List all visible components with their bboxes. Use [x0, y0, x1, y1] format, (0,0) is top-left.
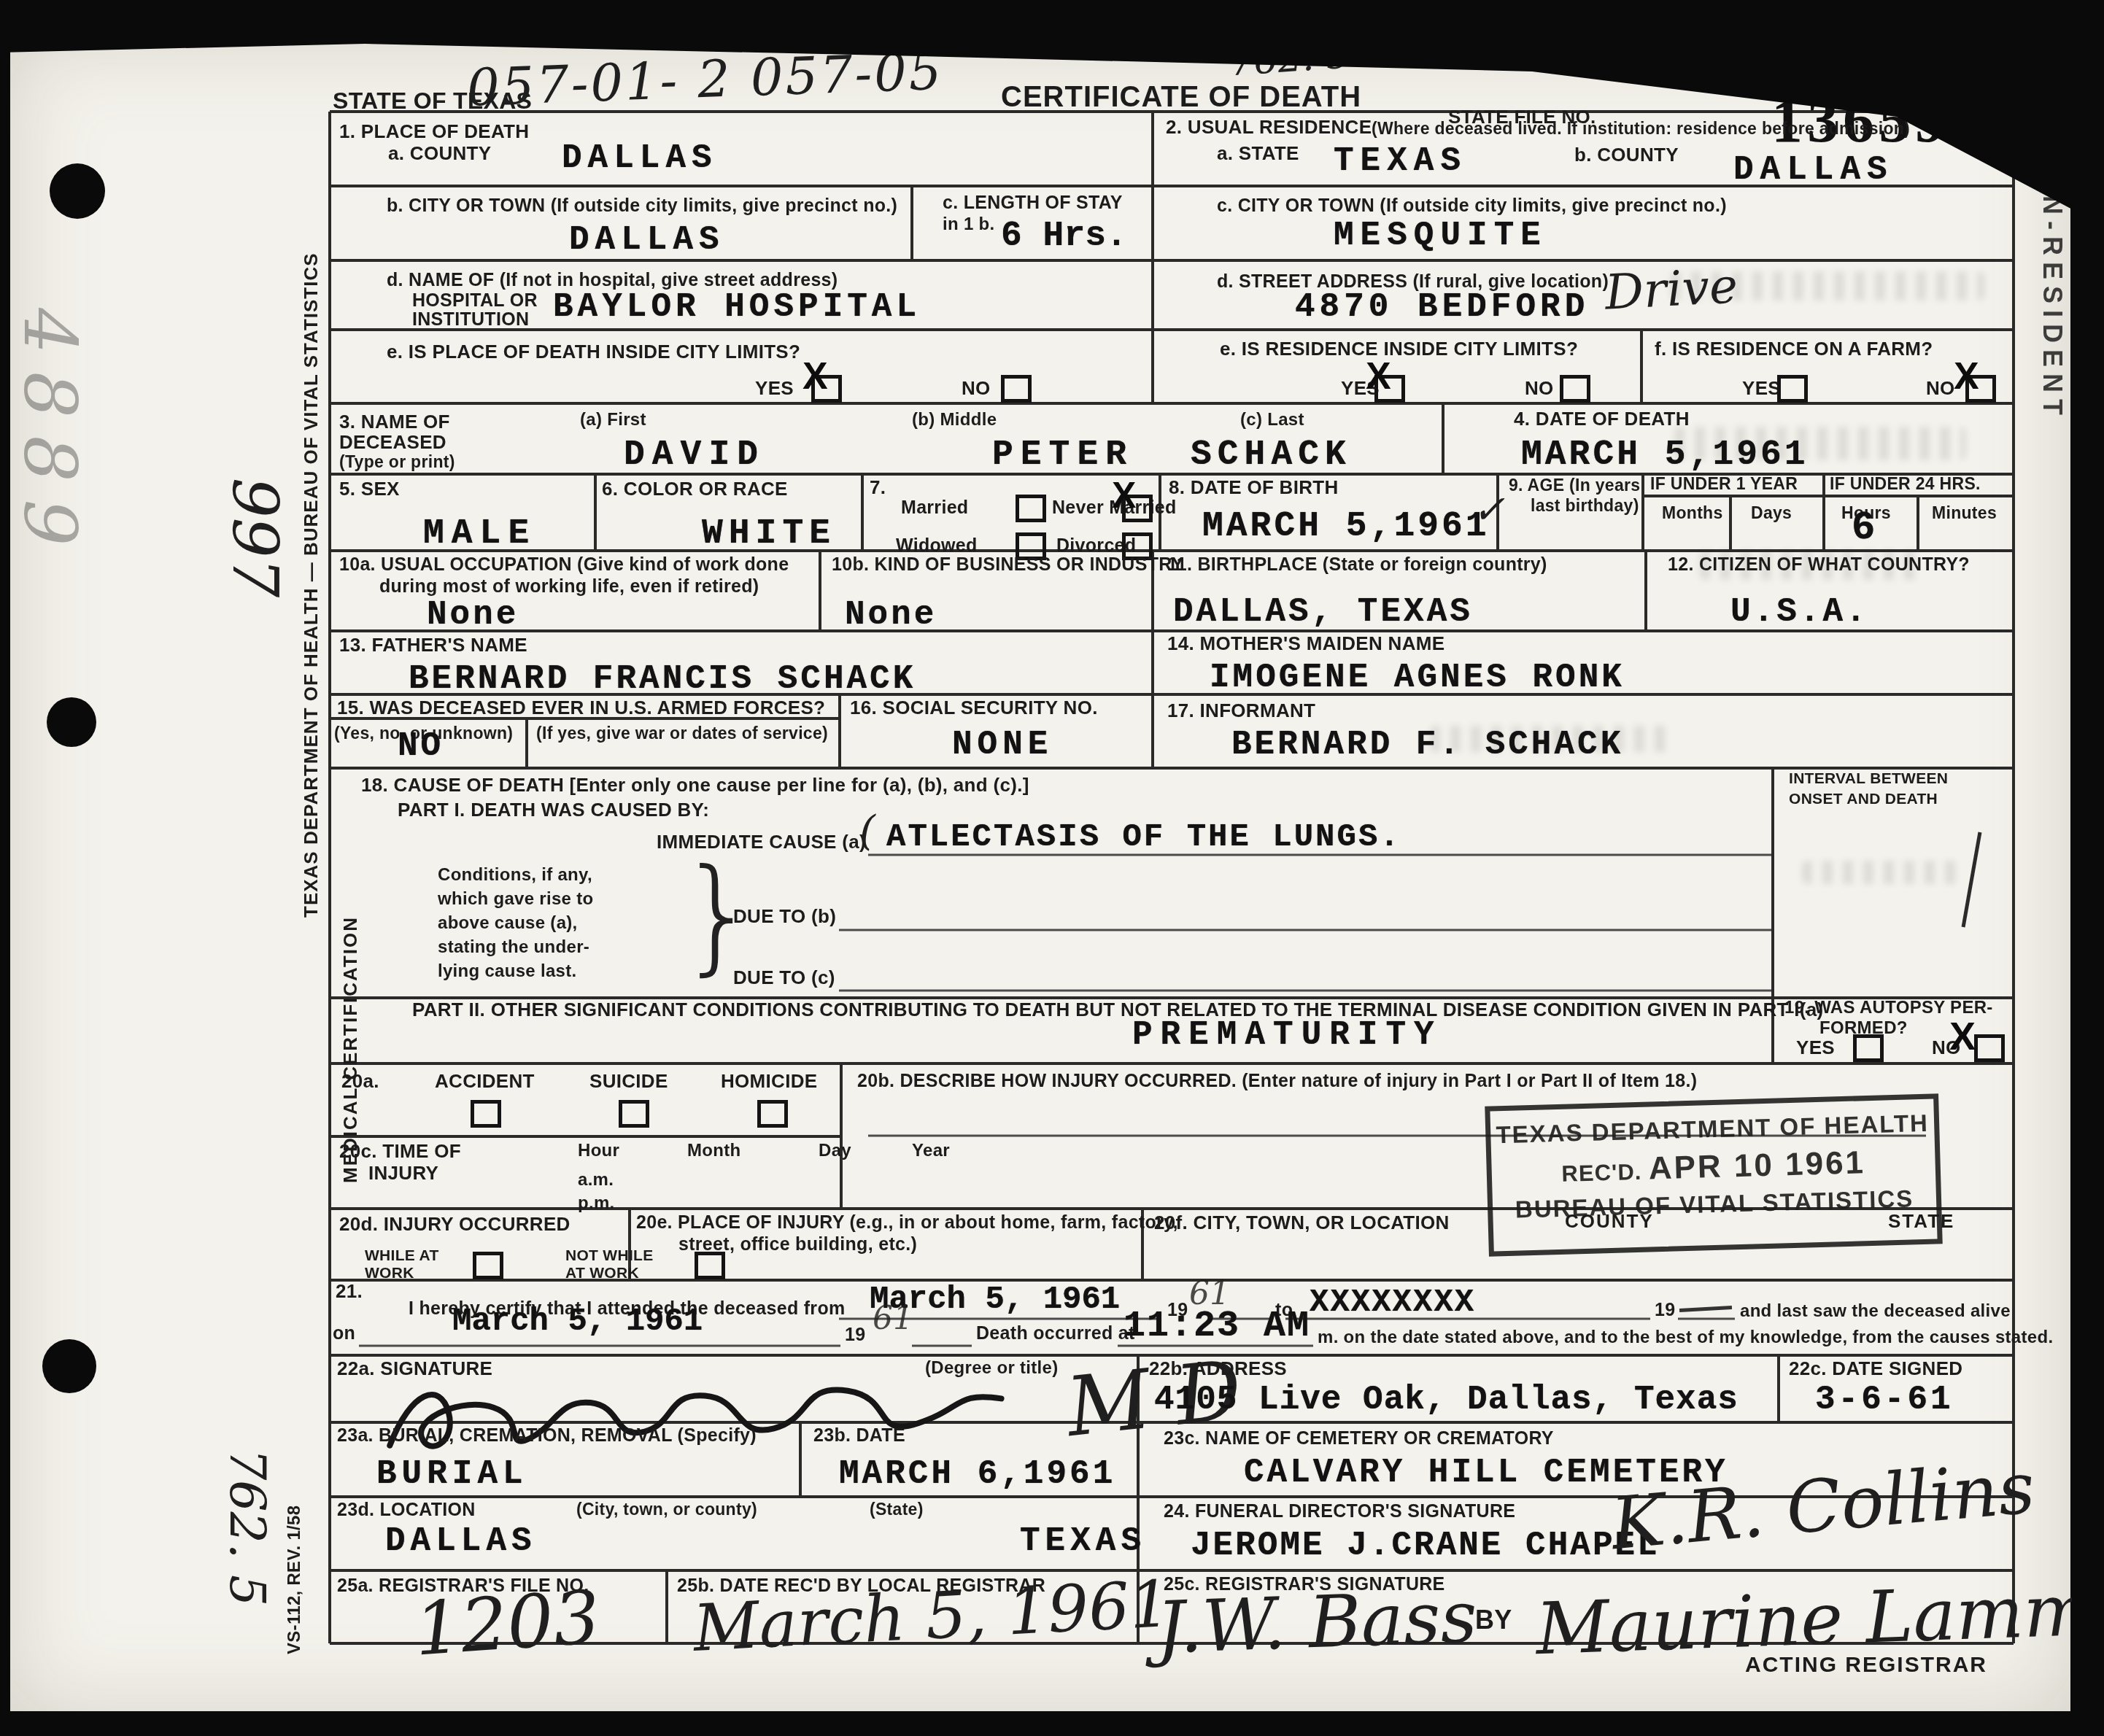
- registrar-file-no-value: 1203: [412, 1581, 603, 1667]
- first-name-value: DAVID: [624, 438, 765, 473]
- informant-label: 17. INFORMANT: [1167, 700, 1315, 722]
- year-label: Year: [912, 1141, 950, 1161]
- handwritten-997: 997: [223, 478, 286, 597]
- punch-hole: [42, 1339, 96, 1393]
- color-or-race-label: 6. COLOR OR RACE: [602, 478, 788, 500]
- part2-value: PREMATURITY: [1132, 1018, 1442, 1052]
- handwritten-762-5: 762. 5: [222, 1449, 271, 1606]
- date-of-death-value: MARCH 5,1961: [1521, 438, 1809, 473]
- armed-forces-sublabel-2: (If yes, give war or dates of service): [536, 724, 828, 743]
- widowed-label: Widowed: [896, 535, 978, 557]
- 20f-label: 20f. CITY, TOWN, OR LOCATION: [1154, 1212, 1450, 1234]
- informant-value: BERNARD F. SCHACK: [1231, 728, 1623, 762]
- scan-border-bottom: [0, 1711, 2104, 1736]
- 20b-label: 20b. DESCRIBE HOW INJURY OCCURRED. (Ente…: [857, 1071, 1697, 1092]
- acting-registrar-label: ACTING REGISTRAR: [1745, 1653, 1987, 1678]
- x-mark: X: [1949, 1017, 1976, 1056]
- 21-label: 21.: [336, 1281, 363, 1303]
- last-name-label: (c) Last: [1240, 410, 1304, 430]
- city-label: b. CITY OR TOWN (If outside city limits,…: [387, 195, 897, 217]
- county-label: a. COUNTY: [388, 143, 491, 165]
- day-label: Day: [819, 1141, 851, 1161]
- no-label: NO: [1926, 378, 1955, 400]
- suicide-label: SUICIDE: [589, 1071, 668, 1093]
- due-to-b-label: DUE TO (b): [733, 906, 836, 928]
- last-name-value: SCHACK: [1191, 438, 1352, 473]
- certify-text-3: m. on the date stated above, and to the …: [1318, 1328, 2053, 1348]
- street-address-value: 4870 BEDFORD: [1295, 290, 1589, 324]
- burial-location-sublabel-2: (State): [870, 1500, 924, 1519]
- residence-state-value: TEXAS: [1334, 144, 1467, 178]
- married-label: Married: [901, 497, 968, 519]
- death-occurred-label: Death occurred at: [976, 1323, 1135, 1344]
- part2-label: PART II. OTHER SIGNIFICANT CONDITIONS CO…: [412, 999, 1824, 1021]
- conditions-note-line: above cause (a),: [438, 913, 578, 934]
- degree-or-title-label: (Degree or title): [925, 1358, 1058, 1379]
- conditions-note-line: lying cause last.: [438, 961, 577, 982]
- burial-date-value: MARCH 6,1961: [839, 1457, 1115, 1491]
- handwritten-registration-number: 057-01- 2 057-05: [466, 46, 944, 114]
- 20e-label-1: 20e. PLACE OF INJURY (e.g., in or about …: [636, 1212, 1178, 1233]
- last-saw-date: March 5, 1961: [452, 1306, 703, 1338]
- usual-residence-title: 2. USUAL RESIDENCE: [1166, 117, 1372, 139]
- 19-literal: 19: [1655, 1300, 1675, 1321]
- city-value: DALLAS: [569, 223, 725, 257]
- hospital-label-2: HOSPITAL OR: [412, 290, 538, 311]
- father-name-label: 13. FATHER'S NAME: [339, 635, 527, 656]
- received-stamp: TEXAS DEPARTMENT OF HEALTH REC'D. APR 10…: [1485, 1093, 1943, 1256]
- scan-border-right: [2072, 0, 2104, 1736]
- accident-checkbox: [471, 1100, 501, 1128]
- minutes-label: Minutes: [1932, 503, 1997, 522]
- cemetery-label: 23c. NAME OF CEMETERY OR CREMATORY: [1164, 1428, 1554, 1449]
- not-while-at-work-label-1: NOT WHILE: [565, 1247, 654, 1265]
- time-of-death-value: 11:23 AM: [1123, 1309, 1310, 1345]
- name-of-deceased-label-3: (Type or print): [339, 452, 455, 471]
- while-at-work-label-1: WHILE AT: [365, 1247, 439, 1265]
- hospital-label-3: INSTITUTION: [412, 309, 529, 330]
- yes-label: YES: [1796, 1037, 1835, 1059]
- street-address-handwritten: Drive: [1604, 262, 1738, 317]
- days-label: Days: [1751, 503, 1792, 522]
- conditions-note-line: Conditions, if any,: [438, 865, 592, 886]
- stamp-line-2: REC'D. APR 10 1961: [1491, 1145, 1935, 1190]
- x-mark: X: [1954, 357, 1979, 395]
- burial-location-sublabel-1: (City, town, or county): [576, 1500, 757, 1519]
- interval-label-2: ONSET AND DEATH: [1789, 791, 1938, 808]
- form-number: VS-112, REV. 1/58: [285, 1506, 305, 1654]
- scan-border-left: [0, 0, 10, 1736]
- handwritten-61: 61: [873, 1303, 913, 1335]
- suicide-checkbox: [619, 1100, 649, 1128]
- homicide-label: HOMICIDE: [721, 1071, 817, 1093]
- residence-city-label: c. CITY OR TOWN (If outside city limits,…: [1217, 195, 1727, 217]
- date-of-birth-label: 8. DATE OF BIRTH: [1169, 477, 1339, 499]
- hospital-value: BAYLOR HOSPITAL: [553, 290, 921, 324]
- sex-label: 5. SEX: [339, 478, 400, 500]
- funeral-home-value: JEROME J.CRANE CHAPEL: [1191, 1529, 1660, 1562]
- deputy-signature: Maurine Lamm: [1535, 1575, 2093, 1666]
- occupation-value: None: [427, 598, 519, 632]
- occupation-label-2: during most of working life, even if ret…: [379, 576, 759, 597]
- occupation-label-1: 10a. USUAL OCCUPATION (Give kind of work…: [339, 554, 789, 576]
- residence-state-label: a. STATE: [1217, 143, 1299, 165]
- burial-type-value: BURIAL: [376, 1457, 528, 1491]
- father-name-value: BERNARD FRANCIS SCHACK: [409, 662, 916, 696]
- while-at-work-checkbox: [473, 1252, 503, 1279]
- burial-type-label: 23a. BURIAL, CREMATION, REMOVAL (Specify…: [337, 1425, 757, 1446]
- middle-name-value: PETER: [992, 438, 1134, 473]
- 20c-label-1: 20c. TIME OF: [339, 1141, 461, 1163]
- interval-label-1: INTERVAL BETWEEN: [1789, 770, 1948, 788]
- armed-forces-label: 15. WAS DECEASED EVER IN U.S. ARMED FORC…: [337, 697, 825, 719]
- not-while-at-work-checkbox: [695, 1252, 725, 1279]
- armed-forces-value: NO: [398, 729, 444, 763]
- month-label: Month: [687, 1141, 740, 1161]
- business-label: 10b. KIND OF BUSINESS OR INDUSTRY: [832, 554, 1184, 576]
- stamp-line-1: TEXAS DEPARTMENT OF HEALTH: [1490, 1111, 1935, 1147]
- am-label: a.m.: [578, 1170, 614, 1190]
- autopsy-yes-checkbox: [1853, 1034, 1884, 1062]
- burial-city-value: DALLAS: [385, 1524, 537, 1558]
- yes-checkbox: [1777, 375, 1808, 403]
- x-mark: X: [802, 357, 828, 395]
- by-label: BY: [1475, 1605, 1512, 1635]
- immediate-cause-value: ATLECTASIS OF THE LUNGS.: [886, 821, 1401, 853]
- due-to-c-label: DUE TO (c): [733, 967, 835, 989]
- death-certificate-scan: STATE OF TEXAS 057-01- 2 057-05 762. 5 4…: [0, 0, 2104, 1736]
- stamp-line-3: BUREAU OF VITAL STATISTICS: [1493, 1186, 1937, 1222]
- residence-inside-city-limits-label: e. IS RESIDENCE INSIDE CITY LIMITS?: [1220, 338, 1578, 360]
- certificate-title: CERTIFICATE OF DEATH: [1001, 80, 1361, 114]
- conditions-note-line: which gave rise to: [438, 889, 593, 910]
- autopsy-no-checkbox: [1974, 1034, 2005, 1062]
- cause-of-death-heading: 18. CAUSE OF DEATH [Enter only one cause…: [361, 775, 1029, 797]
- place-of-death-title: 1. PLACE OF DEATH: [339, 121, 529, 143]
- homicide-checkbox: [757, 1100, 788, 1128]
- handwritten-paren: (: [859, 811, 875, 852]
- no-checkbox: [1560, 375, 1590, 403]
- punch-hole: [50, 163, 105, 219]
- no-label: NO: [1525, 378, 1554, 400]
- marital-status-label: 7.: [870, 477, 886, 499]
- 20c-label-2: INJURY: [368, 1163, 438, 1185]
- residence-city-value: MESQUITE: [1334, 219, 1547, 252]
- attended-to-xxx: XXXXXXXX: [1310, 1287, 1475, 1319]
- 20d-label: 20d. INJURY OCCURRED: [339, 1214, 571, 1236]
- length-of-stay-value: 6 Hrs.: [1001, 219, 1127, 254]
- citizen-value: U.S.A.: [1730, 595, 1869, 629]
- x-mark: X: [1112, 477, 1136, 514]
- x-mark: X: [1366, 357, 1391, 395]
- registrar-signature: J.W. Bass: [1155, 1581, 1478, 1664]
- pm-label: p.m.: [578, 1193, 615, 1214]
- death-inside-city-limits-label: e. IS PLACE OF DEATH INSIDE CITY LIMITS?: [387, 341, 800, 363]
- punch-hole: [47, 697, 96, 747]
- certify-text-2: and last saw the deceased alive: [1740, 1301, 2011, 1322]
- married-checkbox: [1016, 495, 1046, 522]
- on-label: on: [333, 1323, 355, 1344]
- residence-on-farm-label: f. IS RESIDENCE ON A FARM?: [1655, 338, 1933, 360]
- birthplace-label: 11. BIRTHPLACE (State or foreign country…: [1167, 554, 1547, 576]
- ssn-value: NONE: [952, 728, 1053, 762]
- length-of-stay-sublabel: in 1 b.: [943, 214, 994, 235]
- address-label: 22b. ADDRESS: [1149, 1358, 1287, 1380]
- burial-state-value: TEXAS: [1020, 1524, 1146, 1558]
- residence-county-label: b. COUNTY: [1574, 144, 1679, 166]
- burial-date-label: 23b. DATE: [813, 1425, 905, 1446]
- 20e-label-2: street, office building, etc.): [678, 1234, 917, 1255]
- color-or-race-value: WHITE: [702, 516, 836, 551]
- handwritten-4889: 4889: [13, 308, 86, 564]
- not-while-at-work-label-2: AT WORK: [565, 1265, 639, 1282]
- yes-label: YES: [1742, 378, 1781, 400]
- citizen-label: 12. CITIZEN OF WHAT COUNTRY?: [1668, 554, 1970, 576]
- date-signed-label: 22c. DATE SIGNED: [1789, 1358, 1962, 1380]
- residence-county-value: DALLAS: [1733, 153, 1894, 187]
- no-checkbox: [1001, 375, 1032, 403]
- mother-name-value: IMOGENE AGNES RONK: [1210, 661, 1625, 694]
- conditions-note-line: stating the under-: [438, 937, 589, 958]
- burial-location-label: 23d. LOCATION: [337, 1500, 476, 1521]
- age-label-2: last birthday): [1531, 496, 1639, 515]
- age-label-1: 9. AGE (In years: [1509, 476, 1640, 495]
- while-at-work-label-2: WORK: [365, 1265, 414, 1282]
- usual-residence-title-paren: (Where deceased lived. If institution: r…: [1372, 119, 1910, 138]
- if-under-24-hrs-label: IF UNDER 24 HRS.: [1830, 474, 1981, 493]
- handwritten-checkmark: ✓: [1472, 490, 1505, 530]
- months-label: Months: [1662, 503, 1723, 522]
- hour-label: Hour: [578, 1141, 619, 1161]
- name-of-deceased-label-1: 3. NAME OF: [339, 411, 450, 433]
- date-signed-value: 3-6-61: [1815, 1383, 1954, 1417]
- hours-value: 6: [1852, 509, 1875, 549]
- name-of-deceased-label-2: DECEASED: [339, 432, 446, 454]
- accident-label: ACCIDENT: [435, 1071, 535, 1093]
- date-of-death-label: 4. DATE OF DEATH: [1514, 408, 1690, 430]
- date-of-birth-value: MARCH 5,1961: [1202, 509, 1490, 544]
- address-value: 4105 Live Oak, Dallas, Texas: [1154, 1383, 1738, 1417]
- mother-name-label: 14. MOTHER'S MAIDEN NAME: [1167, 633, 1444, 655]
- county-value: DALLAS: [562, 142, 718, 175]
- if-under-1-year-label: IF UNDER 1 YEAR: [1650, 474, 1798, 493]
- part1-label: PART I. DEATH WAS CAUSED BY:: [398, 799, 709, 821]
- ssn-label: 16. SOCIAL SECURITY NO.: [850, 697, 1098, 719]
- business-value: None: [845, 598, 937, 632]
- 19-literal: 19: [845, 1325, 865, 1346]
- yes-label: YES: [755, 378, 794, 400]
- agency-vertical-text: TEXAS DEPARTMENT OF HEALTH — BUREAU OF V…: [301, 252, 322, 918]
- length-of-stay-label: c. LENGTH OF STAY: [943, 193, 1123, 214]
- first-name-label: (a) First: [580, 410, 646, 430]
- birthplace-value: DALLAS, TEXAS: [1173, 595, 1473, 629]
- funeral-director-label: 24. FUNERAL DIRECTOR'S SIGNATURE: [1164, 1501, 1515, 1522]
- sex-value: MALE: [423, 516, 536, 551]
- 20a-label: 20a.: [341, 1071, 379, 1093]
- no-label: NO: [962, 378, 991, 400]
- middle-name-label: (b) Middle: [912, 410, 997, 430]
